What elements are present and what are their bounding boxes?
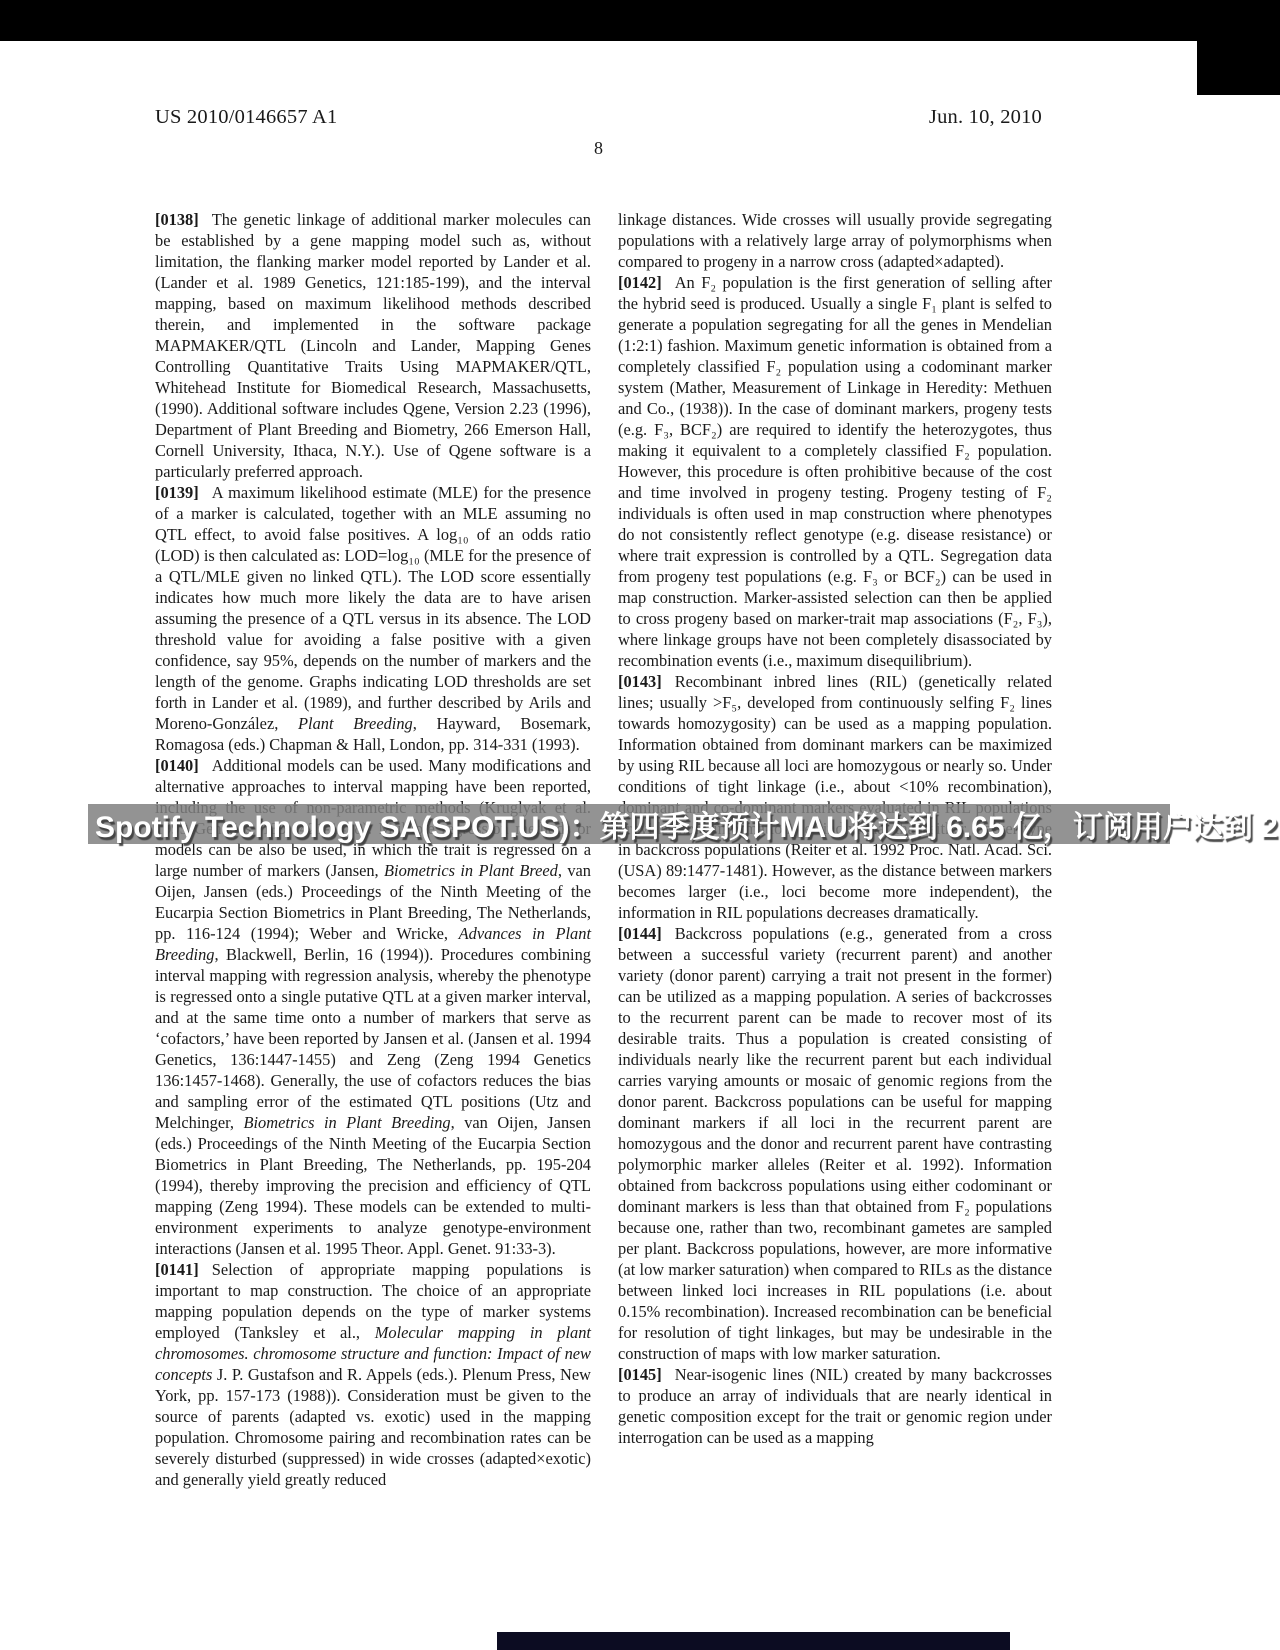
paragraph-number: [0144]	[618, 924, 662, 943]
page-header: US 2010/0146657 A1 Jun. 10, 2010	[155, 106, 1042, 129]
patent-text-column-left: [0138]The genetic linkage of additional …	[155, 209, 591, 1490]
scan-artifact-top-right-block	[1197, 0, 1280, 95]
text-run: Near-isogenic lines (NIL) created by man…	[618, 1365, 1052, 1447]
paragraph-number: [0140]	[155, 756, 199, 775]
text-run: , Blackwell, Berlin, 16 (1994)). Procedu…	[155, 945, 591, 1132]
italic-text-run: Plant Breeding	[298, 714, 413, 733]
patent-paragraph: [0141]Selection of appropriate mapping p…	[155, 1259, 591, 1490]
watermark-overlay-band: Spotify Technology SA(SPOT.US)：第四季度预计MAU…	[88, 804, 1170, 844]
text-run: linkage distances. Wide crosses will usu…	[618, 210, 1052, 271]
patent-paragraph: [0142]An F₂ population is the first gene…	[618, 272, 1052, 671]
text-run: J. P. Gustafson and R. Appels (eds.). Pl…	[155, 1365, 591, 1489]
patent-paragraph: [0139]A maximum likelihood estimate (MLE…	[155, 482, 591, 755]
scan-artifact-top-bar	[0, 0, 1280, 41]
text-run: , van Oijen, Jansen (eds.) Proceedings o…	[155, 1113, 591, 1258]
paragraph-number: [0139]	[155, 483, 199, 502]
patent-paragraph: [0145]Near-isogenic lines (NIL) created …	[618, 1364, 1052, 1448]
watermark-text: Spotify Technology SA(SPOT.US)：第四季度预计MAU…	[88, 802, 1280, 846]
paragraph-number: [0142]	[618, 273, 662, 292]
paragraph-number: [0138]	[155, 210, 199, 229]
scan-artifact-bottom-bar	[497, 1632, 1010, 1650]
paragraph-number: [0143]	[618, 672, 662, 691]
text-run: An F₂ population is the first generation…	[618, 273, 1052, 670]
italic-text-run: Biometrics in Plant Breeding	[243, 1113, 450, 1132]
patent-paragraph: [0144]Backcross populations (e.g., gener…	[618, 923, 1052, 1364]
text-run: Backcross populations (e.g., generated f…	[618, 924, 1052, 1363]
text-run: The genetic linkage of additional marker…	[155, 210, 591, 481]
publication-date: Jun. 10, 2010	[929, 106, 1042, 129]
page-number: 8	[155, 138, 1042, 159]
patent-paragraph: linkage distances. Wide crosses will usu…	[618, 209, 1052, 272]
text-run: A maximum likelihood estimate (MLE) for …	[155, 483, 591, 733]
paragraph-number: [0141]	[155, 1260, 199, 1279]
patent-paragraph: [0143]Recombinant inbred lines (RIL) (ge…	[618, 671, 1052, 923]
text-run: Recombinant inbred lines (RIL) (genetica…	[618, 672, 1052, 922]
paragraph-number: [0145]	[618, 1365, 662, 1384]
patent-publication-number: US 2010/0146657 A1	[155, 106, 337, 129]
patent-paragraph: [0138]The genetic linkage of additional …	[155, 209, 591, 482]
italic-text-run: Biometrics in Plant Breed	[384, 861, 558, 880]
